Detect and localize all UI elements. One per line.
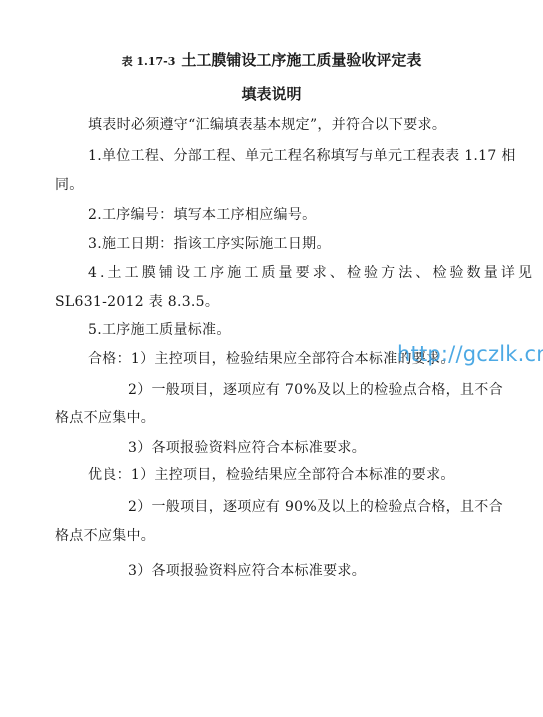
excellent-criterion-3: 3）各项报验资料应符合本标准要求。: [128, 563, 366, 579]
excellent-criterion-2: 2）一般项目，逐项应有 90%及以上的检验点合格，且不合: [128, 499, 503, 515]
item-4-continuation: SL631-2012 表 8.3.5。: [55, 294, 219, 310]
excellent-criterion-1: 优良：1）主控项目，检验结果应全部符合本标准的要求。: [88, 467, 455, 483]
item-1-continuation: 同。: [55, 177, 84, 193]
qualified-criterion-2-continuation: 格点不应集中。: [55, 410, 155, 426]
excellent-criterion-2-continuation: 格点不应集中。: [55, 528, 155, 544]
table-number: 表 1.17-3: [122, 55, 176, 68]
qualified-criterion-2: 2）一般项目，逐项应有 70%及以上的检验点合格，且不合: [128, 382, 503, 398]
item-1-line: 1.单位工程、分部工程、单元工程名称填写与单元工程表表 1.17 相: [88, 148, 516, 164]
watermark: http://gczlk.cn: [397, 342, 543, 366]
intro-line: 填表时必须遵守“汇编填表基本规定”，并符合以下要求。: [88, 117, 446, 133]
qualified-criterion-3: 3）各项报验资料应符合本标准要求。: [128, 440, 366, 456]
item-2-line: 2.工序编号：填写本工序相应编号。: [88, 207, 316, 223]
title-text: 土工膜铺设工序施工质量验收评定表: [181, 51, 421, 69]
document-title: 表 1.17-3土工膜铺设工序施工质量验收评定表: [0, 49, 543, 70]
item-4-line: 4.土工膜铺设工序施工质量要求、检验方法、检验数量详见: [88, 265, 535, 281]
item-5-line: 5.工序施工质量标准。: [88, 322, 231, 338]
item-3-line: 3.施工日期：指该工序实际施工日期。: [88, 236, 331, 252]
document-subtitle: 填表说明: [0, 83, 543, 104]
